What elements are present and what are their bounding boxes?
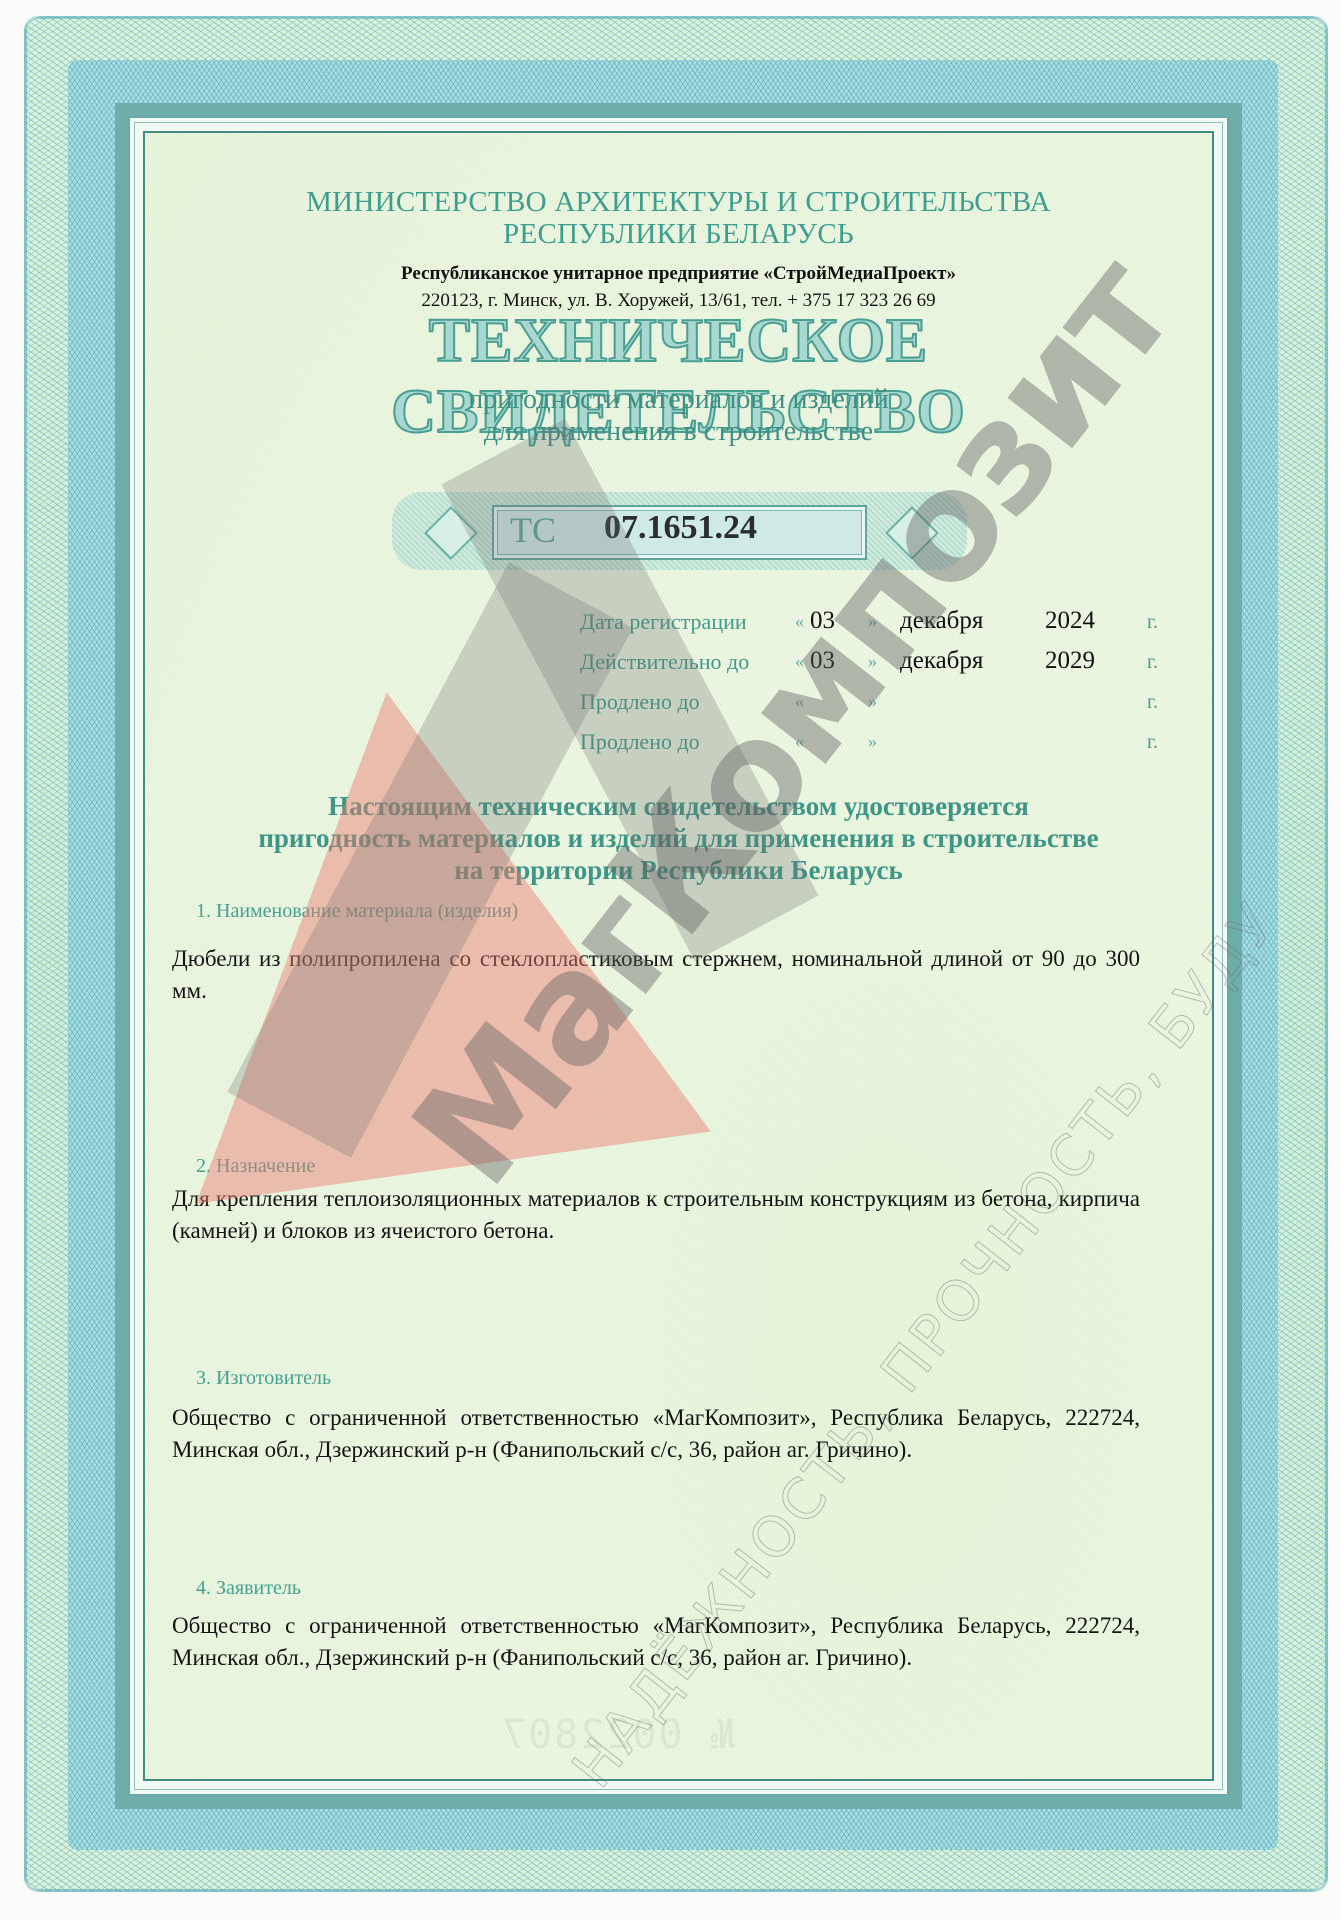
- section-3-body: Общество с ограниченной ответственностью…: [172, 1402, 1140, 1466]
- ministry-line-2: РЕСПУБЛИКИ БЕЛАРУСЬ: [143, 218, 1214, 250]
- dates-block: Дата регистрации « 03 » декабря 2024 г. …: [580, 605, 1170, 765]
- statement-line-3: на территории Республики Беларусь: [143, 854, 1214, 886]
- tc-label: ТС: [510, 509, 556, 551]
- ministry-heading: МИНИСТЕРСТВО АРХИТЕКТУРЫ И СТРОИТЕЛЬСТВА…: [143, 186, 1214, 250]
- section-4-body: Общество с ограниченной ответственностью…: [172, 1610, 1140, 1674]
- date-month: декабря: [900, 647, 983, 675]
- quote-open: «: [795, 611, 804, 632]
- section-1-label: 1. Наименование материала (изделия): [196, 900, 518, 923]
- ghost-serial-number: № 0022807: [500, 1712, 735, 1758]
- year-suffix: г.: [1147, 651, 1158, 674]
- quote-open: «: [795, 651, 804, 672]
- section-3-label: 3. Изготовитель: [196, 1367, 331, 1390]
- enterprise-name: Республиканское унитарное предприятие «С…: [143, 263, 1214, 285]
- date-row-registration: Дата регистрации « 03 » декабря 2024 г.: [580, 605, 1170, 645]
- date-row-valid-until: Действительно до « 03 » декабря 2029 г.: [580, 645, 1170, 685]
- quote-close: »: [868, 691, 877, 712]
- quote-open: «: [795, 691, 804, 712]
- date-day: 03: [810, 647, 835, 675]
- date-label: Продлено до: [580, 689, 700, 715]
- statement-line-2: пригодность материалов и изделий для при…: [143, 822, 1214, 854]
- date-year: 2029: [1045, 647, 1095, 675]
- ministry-line-1: МИНИСТЕРСТВО АРХИТЕКТУРЫ И СТРОИТЕЛЬСТВА: [143, 186, 1214, 218]
- subtitle-line-2: для применения в строительстве: [143, 416, 1214, 448]
- tc-number: 07.1651.24: [604, 509, 757, 547]
- quote-open: «: [795, 731, 804, 752]
- section-2-label: 2. Назначение: [196, 1155, 315, 1178]
- section-2-body: Для крепления теплоизоляционных материал…: [172, 1183, 1140, 1247]
- date-label: Продлено до: [580, 729, 700, 755]
- certification-statement: Настоящим техническим свидетельством удо…: [143, 790, 1214, 886]
- date-label: Действительно до: [580, 649, 749, 675]
- date-row-extended-2: Продлено до « » г.: [580, 725, 1170, 765]
- quote-close: »: [868, 611, 877, 632]
- section-4-label: 4. Заявитель: [196, 1577, 301, 1600]
- date-label: Дата регистрации: [580, 609, 747, 635]
- document-subtitle: пригодности материалов и изделий для при…: [143, 384, 1214, 448]
- date-month: декабря: [900, 607, 983, 635]
- statement-line-1: Настоящим техническим свидетельством удо…: [143, 790, 1214, 822]
- section-1-body: Дюбели из полипропилена со стеклопластик…: [172, 943, 1140, 1007]
- date-year: 2024: [1045, 607, 1095, 635]
- subtitle-line-1: пригодности материалов и изделий: [143, 384, 1214, 416]
- year-suffix: г.: [1147, 731, 1158, 754]
- year-suffix: г.: [1147, 611, 1158, 634]
- date-day: 03: [810, 607, 835, 635]
- date-row-extended-1: Продлено до « » г.: [580, 685, 1170, 725]
- quote-close: »: [868, 651, 877, 672]
- year-suffix: г.: [1147, 691, 1158, 714]
- quote-close: »: [868, 731, 877, 752]
